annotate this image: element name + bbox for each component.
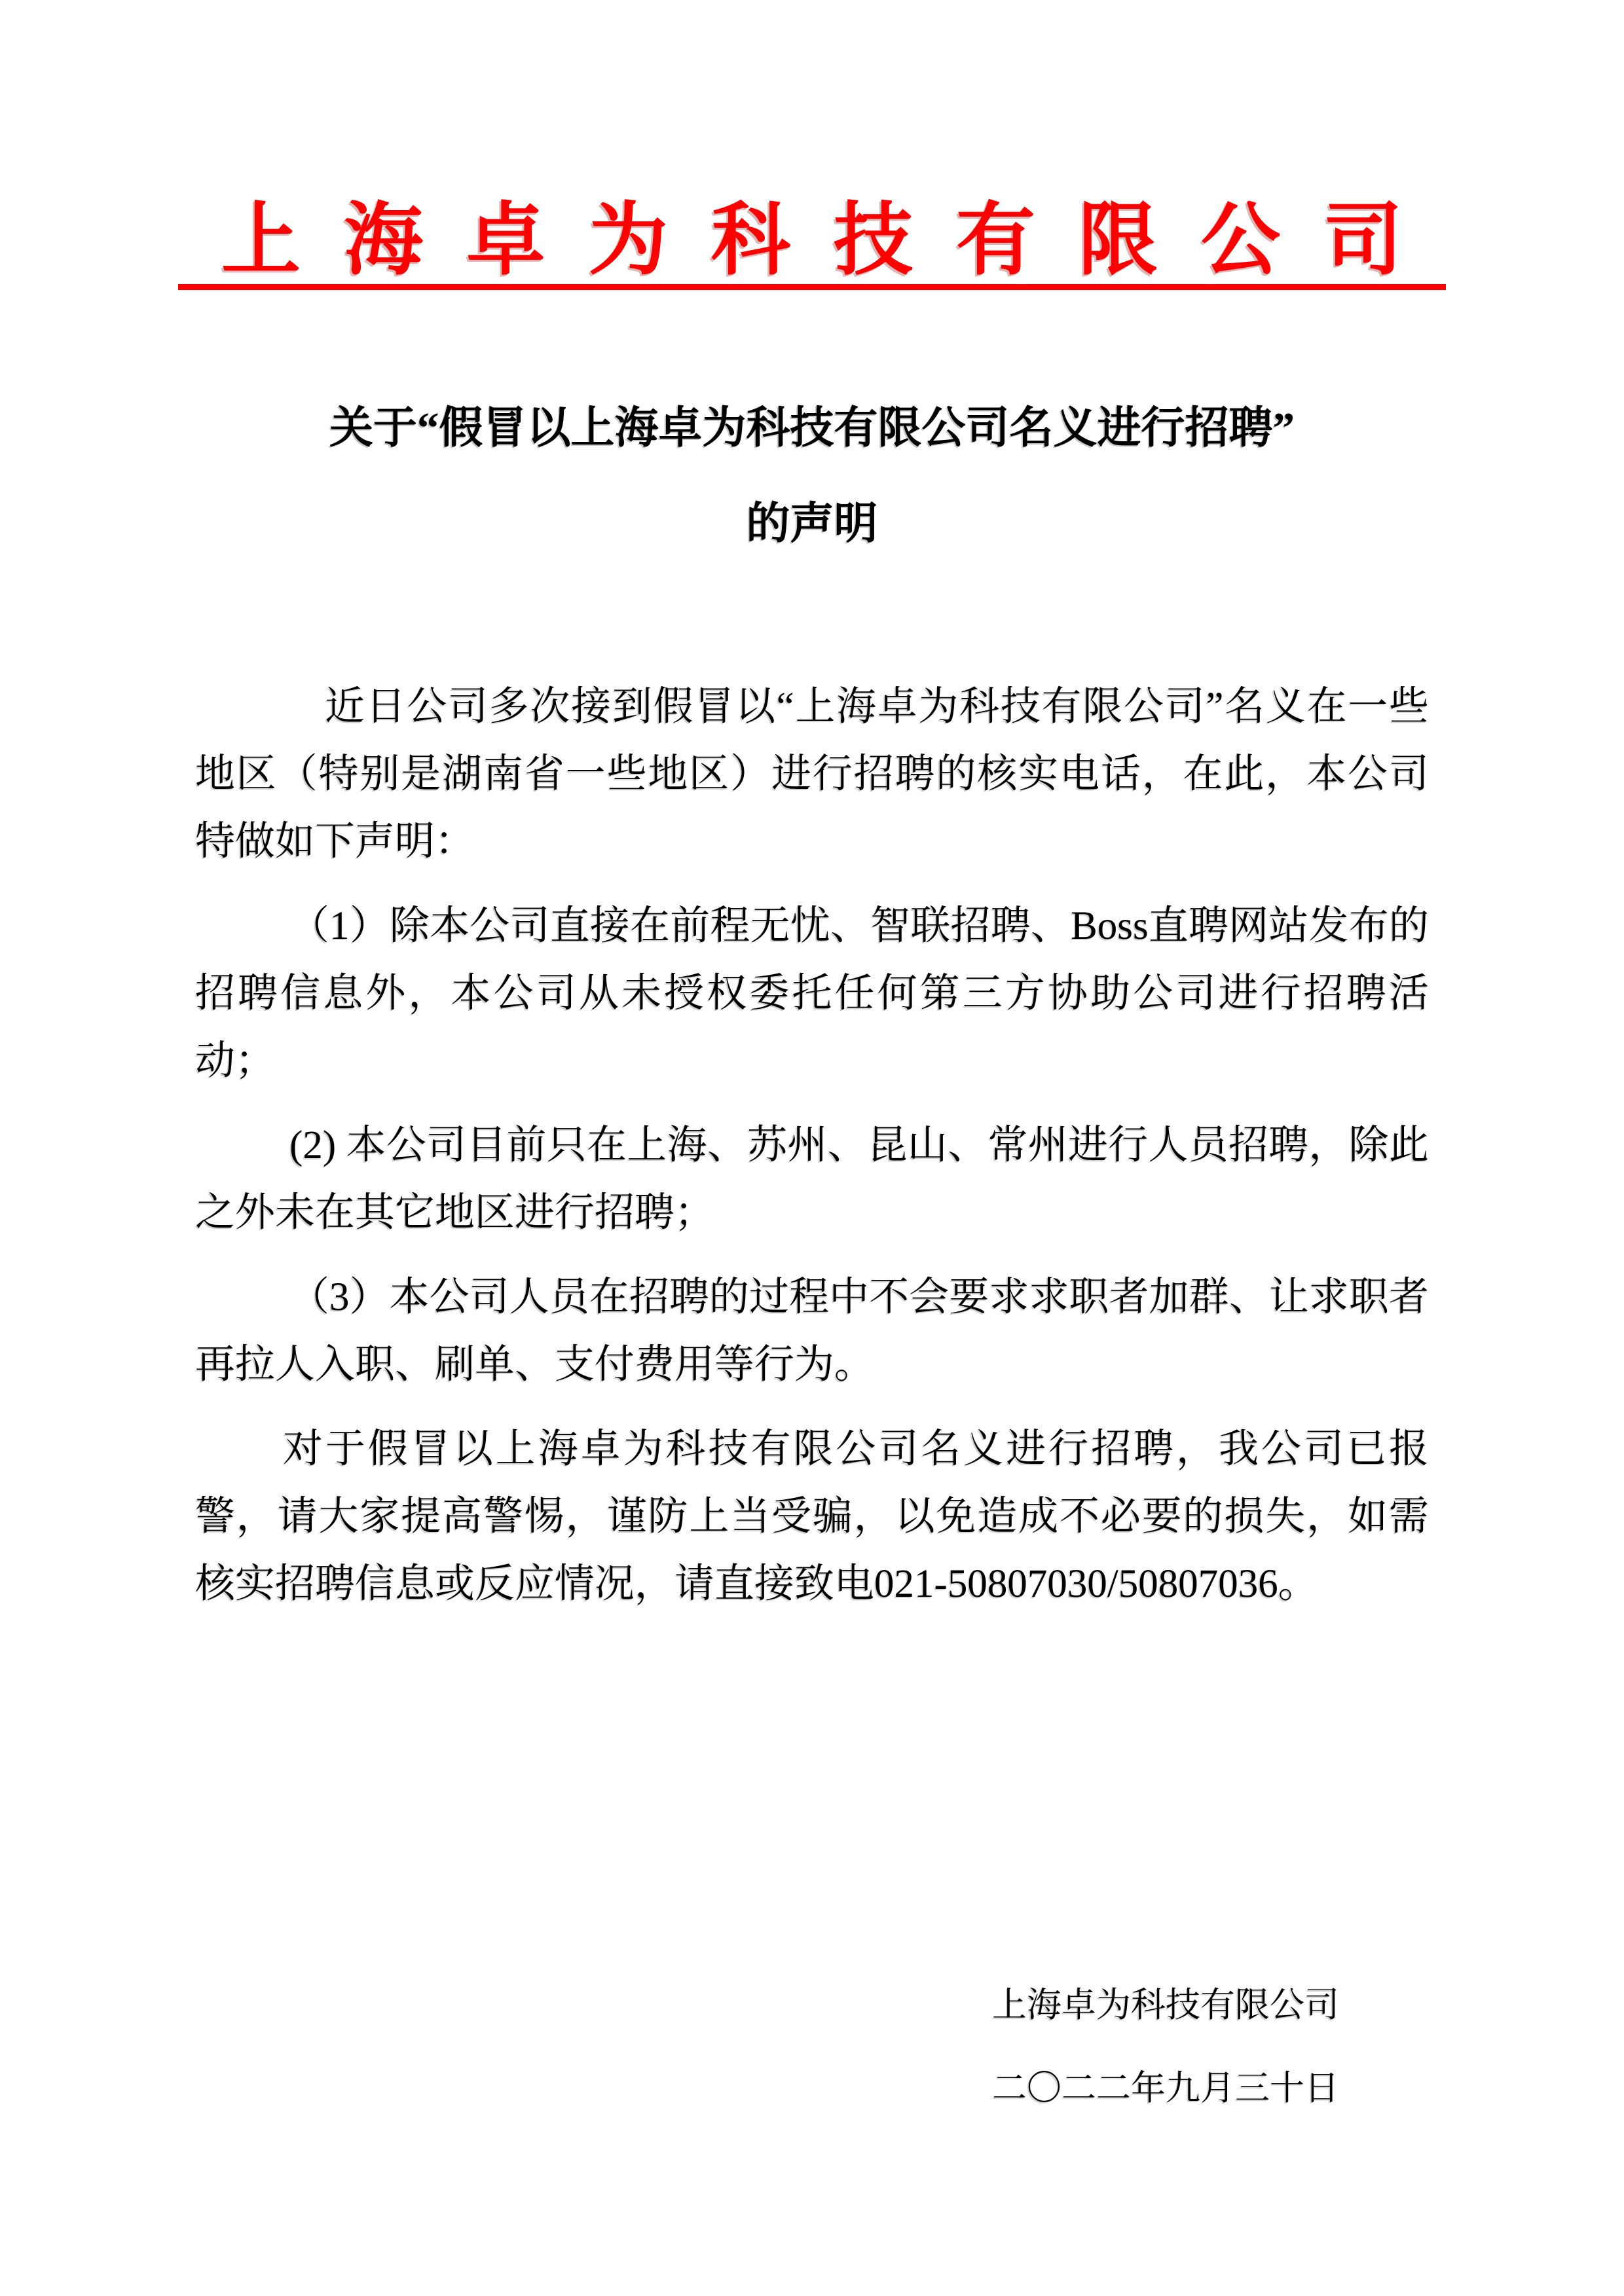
signature-company: 上海卓为科技有限公司	[950, 1964, 1382, 2047]
statement-paragraph-closing: 对于假冒以上海卓为科技有限公司名义进行招聘，我公司已报警，请大家提高警惕，谨防上…	[195, 1415, 1429, 1618]
signature-date: 二〇二二年九月三十日	[950, 2047, 1382, 2130]
signature-block: 上海卓为科技有限公司 二〇二二年九月三十日	[950, 1964, 1382, 2130]
statement-heading-line1: 关于“假冒以上海卓为科技有限公司名义进行招聘”	[0, 380, 1624, 476]
company-title-text: 上海卓为科技有限公司	[178, 196, 1446, 290]
statement-paragraph-item3: （3）本公司人员在招聘的过程中不会要求求职者加群、让求职者再拉人入职、刷单、支付…	[195, 1264, 1429, 1398]
letterhead: 上海卓为科技有限公司	[0, 196, 1624, 290]
statement-heading: 关于“假冒以上海卓为科技有限公司名义进行招聘” 的声明	[0, 380, 1624, 572]
statement-paragraph-item2: (2) 本公司目前只在上海、苏州、昆山、常州进行人员招聘，除此之外未在其它地区进…	[195, 1112, 1429, 1247]
document-page: 上海卓为科技有限公司 关于“假冒以上海卓为科技有限公司名义进行招聘” 的声明 近…	[0, 0, 1624, 2296]
statement-paragraph-intro: 近日公司多次接到假冒以“上海卓为科技有限公司”名义在一些地区（特别是湖南省一些地…	[195, 673, 1429, 875]
statement-body: 近日公司多次接到假冒以“上海卓为科技有限公司”名义在一些地区（特别是湖南省一些地…	[195, 673, 1429, 1635]
statement-heading-line2: 的声明	[0, 476, 1624, 572]
statement-paragraph-item1: （1）除本公司直接在前程无忧、智联招聘、Boss直聘网站发布的招聘信息外，本公司…	[195, 892, 1429, 1095]
